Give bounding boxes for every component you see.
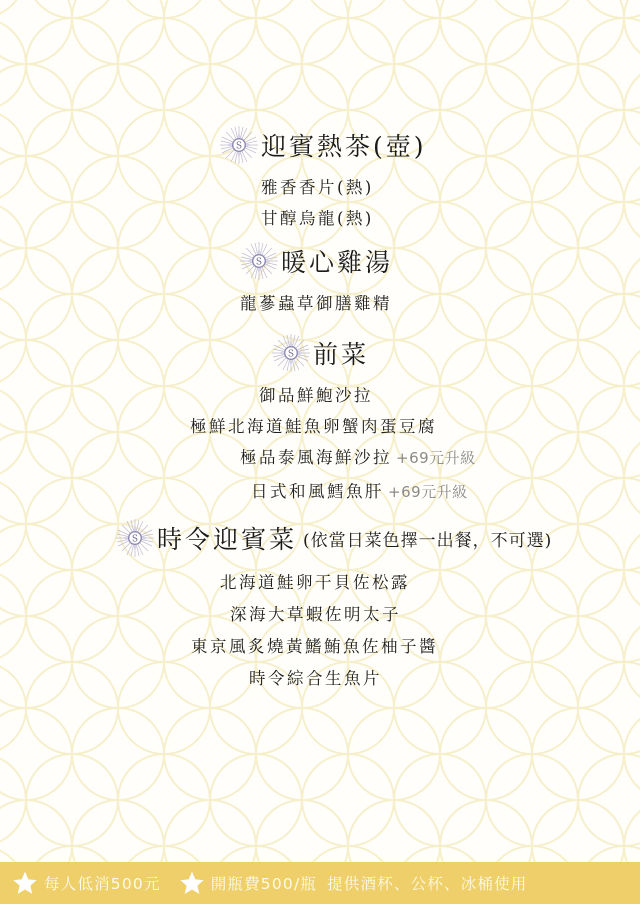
menu-item: 北海道鮭卵干貝佐松露: [220, 569, 410, 593]
menu-item-upgradable: 極品泰風海鮮沙拉+69元升級: [240, 444, 476, 468]
corkage-fee-note: 開瓶費500/瓶: [211, 872, 317, 894]
minimum-charge-note: 每人低消500元: [44, 872, 161, 894]
footer-info-band: 每人低消500元 開瓶費500/瓶 提供酒杯、公杯、冰桶使用: [0, 862, 640, 904]
provided-items-note: 提供酒杯、公杯、冰桶使用: [327, 872, 527, 894]
menu-item: 甘醇烏龍(熱): [261, 205, 374, 229]
section-title: 時令迎賓菜: [157, 520, 297, 556]
section-header-chicken-soup: 暖心雞湯: [239, 241, 393, 281]
menu-item: 極鮮北海道鮭魚卵蟹肉蛋豆腐: [190, 413, 437, 437]
section-header-seasonal: 時令迎賓菜 (依當日菜色擇一出餐，不可選): [115, 518, 552, 558]
s-starburst-icon: [115, 518, 155, 558]
menu-item: 御品鮮鮑沙拉: [259, 382, 373, 406]
menu-page: 迎賓熱茶(壺) 雅香香片(熱) 甘醇烏龍(熱) 暖心雞湯 龍蔘蟲草御膳雞精 前菜…: [0, 0, 640, 862]
s-starburst-icon: [271, 333, 311, 373]
star-icon: [179, 870, 205, 896]
section-title: 迎賓熱茶(壺): [261, 127, 427, 163]
section-header-welcome-tea: 迎賓熱茶(壺): [219, 125, 427, 165]
menu-item: 深海大草蝦佐明太子: [230, 601, 401, 625]
menu-item: 時令綜合生魚片: [249, 665, 382, 689]
section-title: 前菜: [313, 335, 369, 371]
star-icon: [12, 870, 38, 896]
upgrade-price: +69元升級: [396, 449, 476, 467]
upgrade-price: +69元升級: [388, 483, 468, 501]
menu-item-name: 日式和風鱈魚肝: [251, 482, 384, 501]
section-title: 暖心雞湯: [281, 243, 393, 279]
s-starburst-icon: [219, 125, 259, 165]
menu-item-name: 極品泰風海鮮沙拉: [240, 448, 392, 467]
s-starburst-icon: [239, 241, 279, 281]
menu-item: 龍蔘蟲草御膳雞精: [240, 290, 392, 314]
menu-item-upgradable: 日式和風鱈魚肝+69元升級: [251, 478, 468, 502]
section-note: (依當日菜色擇一出餐，不可選): [303, 526, 552, 551]
menu-item: 東京風炙燒黃鰭鮪魚佐柚子醬: [191, 633, 438, 657]
section-header-appetizers: 前菜: [271, 333, 369, 373]
menu-item: 雅香香片(熱): [261, 174, 374, 198]
